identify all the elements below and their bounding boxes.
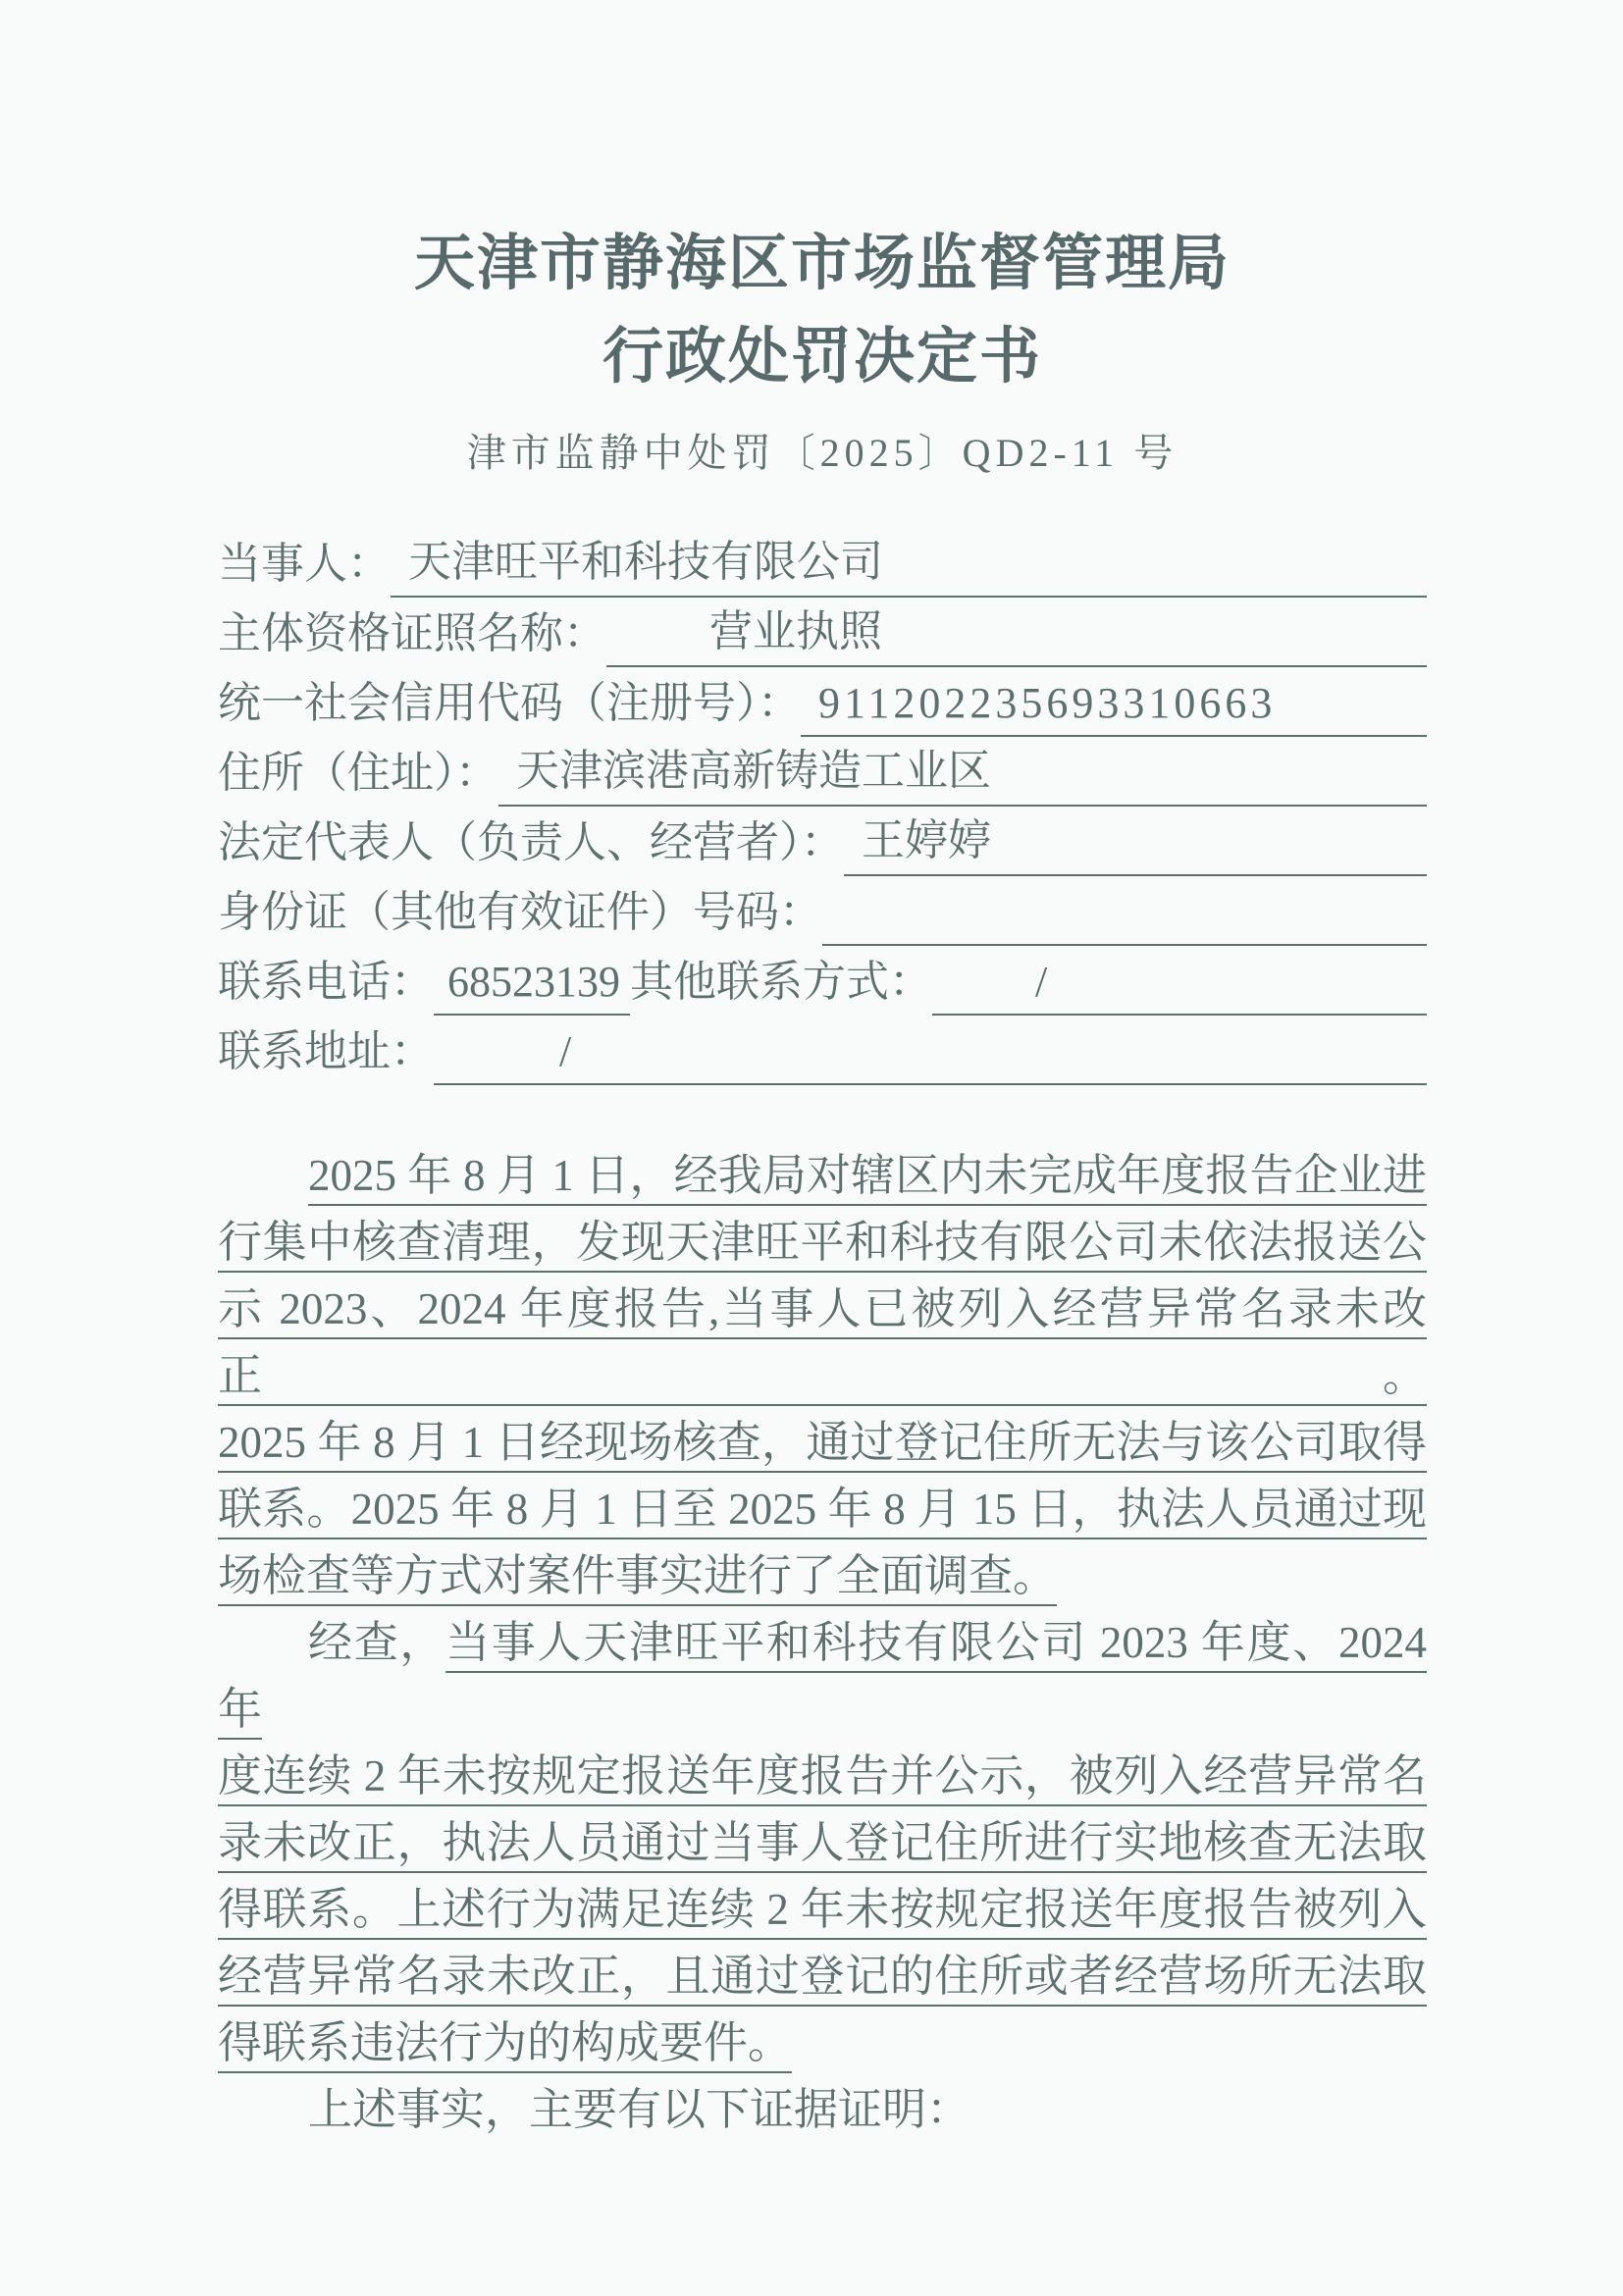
document-title-line1: 天津市静海区市场监督管理局 bbox=[218, 218, 1427, 311]
document-title-line2: 行政处罚决定书 bbox=[218, 311, 1427, 404]
field-label-address: 住所（住址）： bbox=[218, 737, 498, 807]
paragraph1-line-text: 行集中核查清理，发现天津旺平和科技有限公司未依法报送公 bbox=[218, 1218, 1427, 1267]
paragraph2-line-text: 度连续 2 年未按规定报送年度报告并公示，被列入经营异常名 bbox=[218, 1751, 1427, 1800]
field-label-contact-address: 联系地址： bbox=[218, 1016, 434, 1085]
field-value-credit-code: 911202235693310663 bbox=[801, 678, 1427, 737]
paragraph1-line: 行集中核查清理，发现天津旺平和科技有限公司未依法报送公 bbox=[218, 1209, 1427, 1276]
field-value-id-number bbox=[822, 937, 1427, 946]
paragraph2-line: 得联系违法行为的构成要件。 bbox=[218, 2009, 1427, 2076]
form-field-credit-code: 统一社会信用代码（注册号）： 911202235693310663 bbox=[218, 667, 1427, 737]
form-fields: 当事人： 天津旺平和科技有限公司 主体资格证照名称： 营业执照 统一社会信用代码… bbox=[218, 528, 1427, 1085]
field-value-contact-address: / bbox=[434, 1026, 1427, 1085]
field-label-credit-code: 统一社会信用代码（注册号）： bbox=[218, 667, 801, 737]
field-label-phone: 联系电话： bbox=[218, 946, 434, 1016]
paragraph1-line-text: 联系。2025 年 8 月 1 日至 2025 年 8 月 15 日，执法人员通… bbox=[218, 1485, 1427, 1534]
paragraph1-line: 2025 年 8 月 1 日经现场核查，通过登记住所无法与该公司取得 bbox=[218, 1409, 1427, 1476]
field-value-address: 天津滨港高新铸造工业区 bbox=[498, 735, 1427, 807]
field-label-other-contact: 其他联系方式： bbox=[630, 946, 932, 1016]
field-value-license-name: 营业执照 bbox=[606, 596, 1427, 667]
paragraph1-line-text: 示 2023、2024 年度报告,当事人已被列入经营异常名录未改正。 bbox=[218, 1284, 1427, 1400]
paragraph1-line-text: 2025 年 8 月 1 日经现场核查，通过登记住所无法与该公司取得 bbox=[218, 1418, 1427, 1467]
field-value-legal-rep: 王婷婷 bbox=[844, 805, 1427, 876]
field-value-party: 天津旺平和科技有限公司 bbox=[391, 526, 1427, 598]
field-label-party: 当事人： bbox=[218, 528, 391, 598]
document-page: 天津市静海区市场监督管理局 行政处罚决定书 津市监静中处罚〔2025〕QD2-1… bbox=[0, 0, 1623, 2296]
form-field-license-name: 主体资格证照名称： 营业执照 bbox=[218, 598, 1427, 667]
paragraph2-line: 经营异常名录未改正，且通过登记的住所或者经营场所无法取 bbox=[218, 1943, 1427, 2009]
paragraph2-line-text: 经营异常名录未改正，且通过登记的住所或者经营场所无法取 bbox=[218, 1952, 1427, 2001]
document-body: 2025 年 8 月 1 日，经我局对辖区内未完成年度报告企业进 行集中核查清理… bbox=[218, 1142, 1427, 2143]
form-field-id-number: 身份证（其他有效证件）号码： bbox=[218, 876, 1427, 946]
form-field-address: 住所（住址）： 天津滨港高新铸造工业区 bbox=[218, 737, 1427, 807]
paragraph2-line: 录未改正，执法人员通过当事人登记住所进行实地核查无法取 bbox=[218, 1809, 1427, 1876]
form-field-party: 当事人： 天津旺平和科技有限公司 bbox=[218, 528, 1427, 598]
paragraph1-line: 2025 年 8 月 1 日，经我局对辖区内未完成年度报告企业进 bbox=[218, 1142, 1427, 1209]
paragraph2-line: 度连续 2 年未按规定报送年度报告并公示，被列入经营异常名 bbox=[218, 1743, 1427, 1809]
field-value-phone: 68523139 bbox=[434, 957, 630, 1016]
paragraph2-line-text: 录未改正，执法人员通过当事人登记住所进行实地核查无法取 bbox=[218, 1818, 1427, 1867]
form-field-contact-address: 联系地址： / bbox=[218, 1016, 1427, 1085]
document-title: 天津市静海区市场监督管理局 行政处罚决定书 bbox=[218, 218, 1427, 404]
paragraph2-intro-text: 经查， bbox=[308, 1618, 445, 1667]
paragraph2-line: 经查，当事人天津旺平和科技有限公司 2023 年度、2024 年 bbox=[218, 1609, 1427, 1743]
paragraph1-line-text: 场检查等方式对案件事实进行了全面调查。 bbox=[218, 1551, 1057, 1600]
field-value-other-contact: / bbox=[932, 957, 1427, 1016]
paragraph2-line-text: 得联系违法行为的构成要件。 bbox=[218, 2018, 792, 2067]
paragraph1-line-text: 2025 年 8 月 1 日，经我局对辖区内未完成年度报告企业进 bbox=[308, 1151, 1427, 1200]
paragraph-1: 2025 年 8 月 1 日，经我局对辖区内未完成年度报告企业进 行集中核查清理… bbox=[218, 1142, 1427, 1609]
document-number: 津市监静中处罚〔2025〕QD2-11 号 bbox=[218, 430, 1427, 477]
document-content: 天津市静海区市场监督管理局 行政处罚决定书 津市监静中处罚〔2025〕QD2-1… bbox=[218, 0, 1427, 2143]
field-label-id-number: 身份证（其他有效证件）号码： bbox=[218, 876, 822, 946]
paragraph1-line: 联系。2025 年 8 月 1 日至 2025 年 8 月 15 日，执法人员通… bbox=[218, 1476, 1427, 1542]
paragraph2-line-text: 得联系。上述行为满足连续 2 年未按规定报送年度报告被列入 bbox=[218, 1885, 1427, 1934]
paragraph-2: 经查，当事人天津旺平和科技有限公司 2023 年度、2024 年 度连续 2 年… bbox=[218, 1609, 1427, 2076]
form-field-legal-rep: 法定代表人（负责人、经营者）： 王婷婷 bbox=[218, 807, 1427, 876]
form-field-phone: 联系电话： 68523139 其他联系方式： / bbox=[218, 946, 1427, 1016]
paragraph1-line: 场检查等方式对案件事实进行了全面调查。 bbox=[218, 1542, 1427, 1609]
paragraph2-line: 得联系。上述行为满足连续 2 年未按规定报送年度报告被列入 bbox=[218, 1876, 1427, 1943]
paragraph1-line: 示 2023、2024 年度报告,当事人已被列入经营异常名录未改正。 bbox=[218, 1276, 1427, 1409]
field-label-legal-rep: 法定代表人（负责人、经营者）： bbox=[218, 807, 844, 876]
field-label-license-name: 主体资格证照名称： bbox=[218, 598, 606, 667]
closing-line: 上述事实，主要有以下证据证明： bbox=[218, 2076, 1427, 2143]
